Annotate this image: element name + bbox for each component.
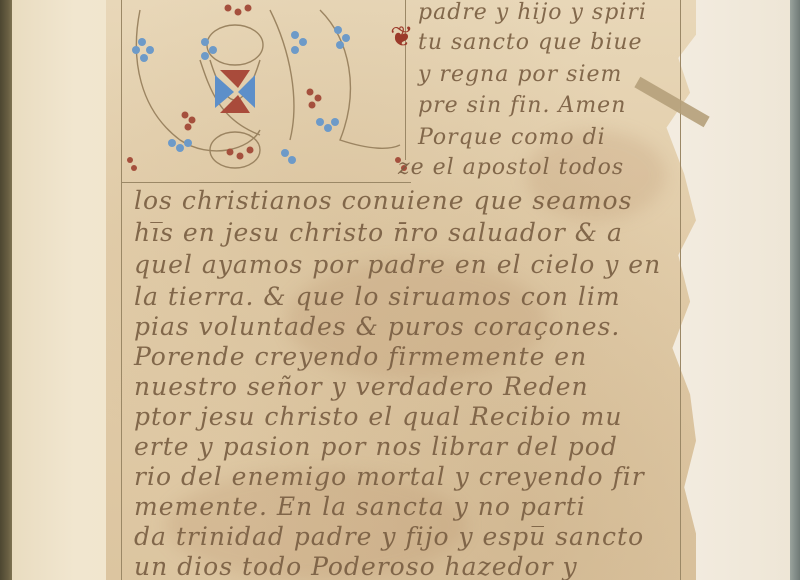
text-line: tu sancto que biue — [418, 30, 643, 55]
text-line: ptor jesu christo el qual Recibio mu — [134, 402, 622, 431]
text-line: memente. En la sancta y no parti — [134, 492, 586, 521]
text-line: Porende creyendo firmemente en — [134, 342, 587, 371]
text-line: pre sin fin. Amen — [418, 93, 626, 118]
text-line: hi̅s en jesu christo n̄ro saluador & a — [134, 218, 623, 247]
text-line: la tierra. & que lo siruamos con lim — [134, 282, 621, 311]
text-line: pias voluntades & puros coraçones. — [134, 312, 620, 341]
text-line: Porque como di — [418, 125, 606, 150]
text-line: nuestro señor y verdadero Reden — [134, 372, 589, 401]
text-line: erte y pasion por nos librar del pod — [134, 432, 618, 461]
text-line: quel ayamos por padre en el cielo y en — [134, 250, 661, 279]
text-line: da trinidad padre y fijo y espu̅ sancto — [134, 522, 644, 551]
text-line: un dios todo Poderoso hazedor y — [134, 552, 578, 580]
text-line: padre y hijo y spiri — [418, 0, 647, 25]
text-line: y regna por siem — [418, 62, 622, 87]
text-line: rio del enemigo mortal y creyendo fir — [134, 462, 645, 491]
text-line: ze el apostol todos — [398, 155, 624, 180]
text-line: los christianos conuiene que seamos — [134, 186, 632, 215]
book-binding-right — [790, 0, 800, 580]
manuscript-text: padre y hijo y spiri tu sancto que biue … — [128, 0, 688, 580]
